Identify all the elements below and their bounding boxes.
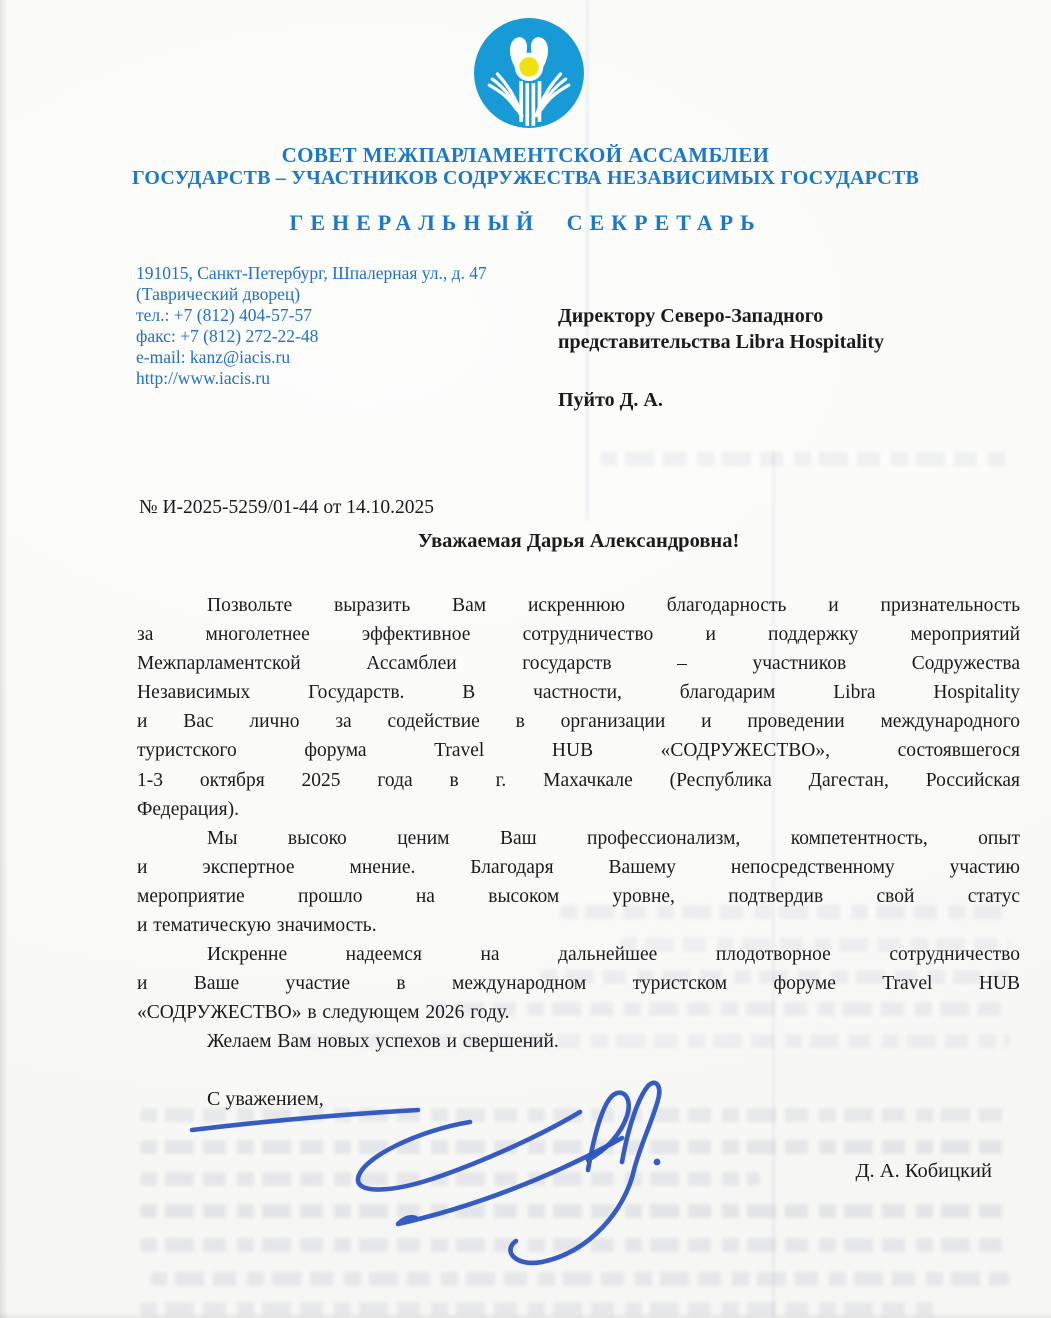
body-line: Независимых Государств. В частности, бла…	[137, 678, 1020, 707]
contact-line: (Таврический дворец)	[136, 284, 556, 305]
cis-emblem-logo	[472, 16, 586, 130]
contact-line: факс: +7 (812) 272-22-48	[136, 326, 556, 347]
body-line: туристского форума Travel HUB «СОДРУЖЕСТ…	[137, 736, 1020, 765]
signature-stroke	[510, 1083, 659, 1263]
letter-page: СОВЕТ МЕЖПАРЛАМЕНТСКОЙ АССАМБЛЕИ ГОСУДАР…	[0, 0, 1051, 1318]
signature-dot	[654, 1159, 661, 1166]
reference-number: № И-2025-5259/01-44 от 14.10.2025	[139, 497, 434, 519]
body-line: и Вас лично за содействие в организации …	[137, 707, 1020, 736]
body-line: мероприятие прошло на высоком уровне, по…	[137, 882, 1020, 911]
recipient-name: Пуйто Д. А.	[558, 387, 988, 413]
bleed-through-line	[600, 452, 1010, 466]
recipient-line: представительства Libra Hospitality	[558, 329, 988, 355]
org-name-line2: ГОСУДАРСТВ – УЧАСТНИКОВ СОДРУЖЕСТВА НЕЗА…	[0, 167, 1051, 190]
contact-line: http://www.iacis.ru	[136, 368, 556, 389]
body-line: Межпарламентской Ассамблеи государств – …	[137, 649, 1020, 678]
contact-block: 191015, Санкт-Петербург, Шпалерная ул., …	[136, 263, 556, 389]
body-line: Позвольте выразить Вам искреннюю благода…	[137, 591, 1020, 620]
body-line: за многолетнее эффективное сотрудничеств…	[137, 620, 1020, 649]
signer-name: Д. А. Кобицкий	[770, 1160, 992, 1183]
scan-edge-left	[0, 0, 8, 1318]
salutation: Уважаемая Дарья Александровна!	[137, 530, 1020, 553]
contact-line: тел.: +7 (812) 404-57-57	[136, 305, 556, 326]
handwritten-signature	[170, 1078, 700, 1290]
body-line: и Ваше участие в международном туристско…	[137, 969, 1020, 998]
body-line: и экспертное мнение. Благодаря Вашему не…	[137, 853, 1020, 882]
body-line: Желаем Вам новых успехов и свершений.	[137, 1027, 1020, 1056]
signature-stroke	[192, 1110, 418, 1130]
role-title: ГЕНЕРАЛЬНЫЙ СЕКРЕТАРЬ	[0, 210, 1051, 236]
recipient-block: Директору Северо-Западного представитель…	[558, 303, 988, 413]
bleed-through-line	[140, 1302, 940, 1316]
body-line: и тематическую значимость.	[137, 911, 1020, 940]
contact-line: 191015, Санкт-Петербург, Шпалерная ул., …	[136, 263, 556, 284]
contact-line: e-mail: kanz@iacis.ru	[136, 347, 556, 368]
letter-body: Позвольте выразить Вам искреннюю благода…	[137, 591, 1020, 1057]
body-line: «СОДРУЖЕСТВО» в следующем 2026 году.	[137, 998, 1020, 1027]
signature-stroke	[358, 1112, 580, 1190]
body-line: 1-3 октября 2025 года в г. Махачкале (Ре…	[137, 766, 1020, 795]
recipient-line: Директору Северо-Западного	[558, 303, 988, 329]
org-name-line1: СОВЕТ МЕЖПАРЛАМЕНТСКОЙ АССАМБЛЕИ	[0, 143, 1051, 168]
body-line: Мы высоко ценим Ваш профессионализм, ком…	[137, 824, 1020, 853]
body-line: Федерация).	[137, 795, 1020, 824]
scan-fold-line	[586, 0, 589, 520]
body-line: Искренне надеемся на дальнейшее плодотво…	[137, 940, 1020, 969]
